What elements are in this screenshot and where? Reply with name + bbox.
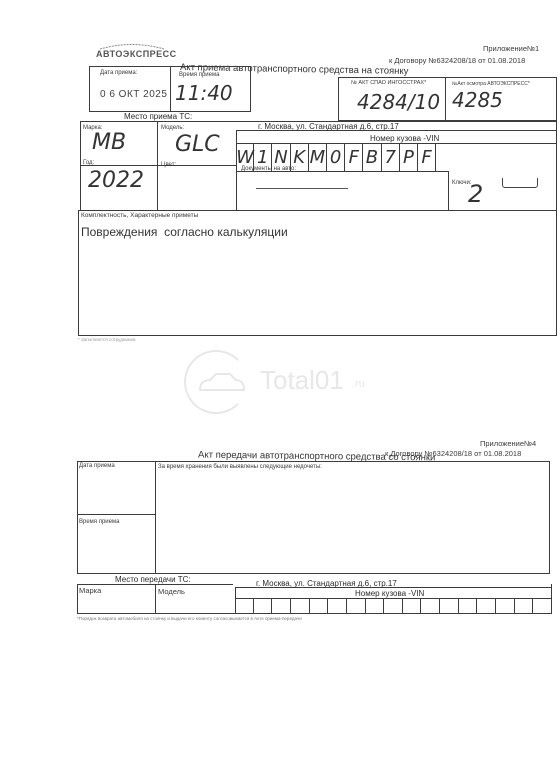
vin-char-cell[interactable] <box>366 599 385 614</box>
time-cell: Время приема 11:40 <box>170 66 251 112</box>
brand-value[interactable]: MB <box>92 130 126 155</box>
date-stamp: 0 6 ОКТ 2025 <box>100 89 167 100</box>
year-label: Год: <box>83 160 94 166</box>
vin-char-cell[interactable] <box>384 599 403 614</box>
vin-char-cell[interactable] <box>347 599 366 614</box>
vin-char-cell[interactable] <box>254 599 273 614</box>
color-label: Цвет: <box>161 162 176 168</box>
watermark-text: Total01 <box>260 365 344 396</box>
date-cell: Дата приема: 0 6 ОКТ 2025 <box>89 66 171 112</box>
release-time-label: Время приема <box>79 519 119 525</box>
vin-char-cell[interactable]: M <box>309 143 327 171</box>
release-brand-label: Марка <box>79 586 101 595</box>
vin-char-cell[interactable] <box>440 599 459 614</box>
release-vin-label: Номер кузова -VIN <box>355 589 424 598</box>
car-icon <box>196 372 246 396</box>
autoexpress-act-value[interactable]: 4285 <box>452 88 503 112</box>
documents-label: Документы на авто: <box>241 166 296 172</box>
contract-ref: к Договору №6324208/18 от 01.08.2018 <box>389 56 525 65</box>
ingos-act-cell: № АКТ СПАО ИНГОССТРАХ* 4284/10 <box>338 77 446 121</box>
appendix-label: Приложение№1 <box>483 44 539 53</box>
vin-char-cell[interactable] <box>310 599 329 614</box>
vin-char-cell[interactable] <box>235 599 254 614</box>
vin-char-cell[interactable]: B <box>363 143 381 171</box>
release-vin-cells <box>235 599 552 614</box>
footnote: * Заполняется сотрудником <box>78 337 135 342</box>
vin-char-cell[interactable] <box>496 599 515 614</box>
vin-char-cell[interactable]: P <box>400 143 418 171</box>
ingos-act-value[interactable]: 4284/10 <box>357 90 440 114</box>
vin-char-cell[interactable]: 7 <box>382 143 400 171</box>
features-box: Комплектность, Характерные приметы Повре… <box>78 210 557 336</box>
vin-char-cell[interactable] <box>291 599 310 614</box>
vin-char-cell[interactable] <box>459 599 478 614</box>
vin-char-cell[interactable]: 0 <box>327 143 345 171</box>
vin-char-cell[interactable] <box>533 599 552 614</box>
watermark: Total01 .ru <box>184 350 384 420</box>
features-value[interactable]: Повреждения согласно калькуляции <box>81 225 288 239</box>
appendix-label-4: Приложение№4 <box>480 439 536 448</box>
vin-char-cell[interactable] <box>328 599 347 614</box>
place-label: Место приема ТС: <box>124 112 192 121</box>
release-footnote: *Порядок возврата автомобиля на стоянку … <box>77 616 302 621</box>
defects-label: За время хранения были выявлены следующи… <box>158 464 322 470</box>
model-label: Модель: <box>161 125 184 131</box>
time-label: Время приема <box>179 72 219 78</box>
autoexpress-act-label: №Акт осмотра АВТОЭКСПРЕСС* <box>452 81 530 87</box>
release-place-label: Место передачи ТС: <box>115 575 191 584</box>
vin-char-cell[interactable]: F <box>418 143 436 171</box>
watermark-suffix: .ru <box>352 378 365 390</box>
keys-value[interactable]: 2 <box>468 180 483 208</box>
keys-bracket <box>502 178 538 188</box>
autoexpress-act-cell: №Акт осмотра АВТОЭКСПРЕСС* 4285 <box>445 77 557 121</box>
release-date-label: Дата приема <box>79 463 115 469</box>
date-label: Дата приема: <box>100 70 137 76</box>
defects-field[interactable] <box>160 474 545 570</box>
vin-char-cell[interactable] <box>421 599 440 614</box>
vin-char-cell[interactable] <box>403 599 422 614</box>
vin-char-cell[interactable] <box>515 599 534 614</box>
vin-label: Номер кузова -VIN <box>370 134 439 143</box>
vin-char-cell[interactable] <box>272 599 291 614</box>
ingos-act-label: № АКТ СПАО ИНГОССТРАХ* <box>351 80 426 86</box>
company-logo: АВТОЭКСПРЕСС <box>94 42 170 62</box>
year-value[interactable]: 2022 <box>88 168 144 193</box>
model-value[interactable]: GLC <box>175 132 220 157</box>
vin-char-cell[interactable]: F <box>345 143 363 171</box>
vin-char-cell[interactable] <box>477 599 496 614</box>
features-label: Комплектность, Характерные приметы <box>81 212 198 219</box>
documents-underline <box>256 188 348 189</box>
release-model-label: Модель <box>158 587 185 596</box>
time-value[interactable]: 11:40 <box>175 81 233 105</box>
